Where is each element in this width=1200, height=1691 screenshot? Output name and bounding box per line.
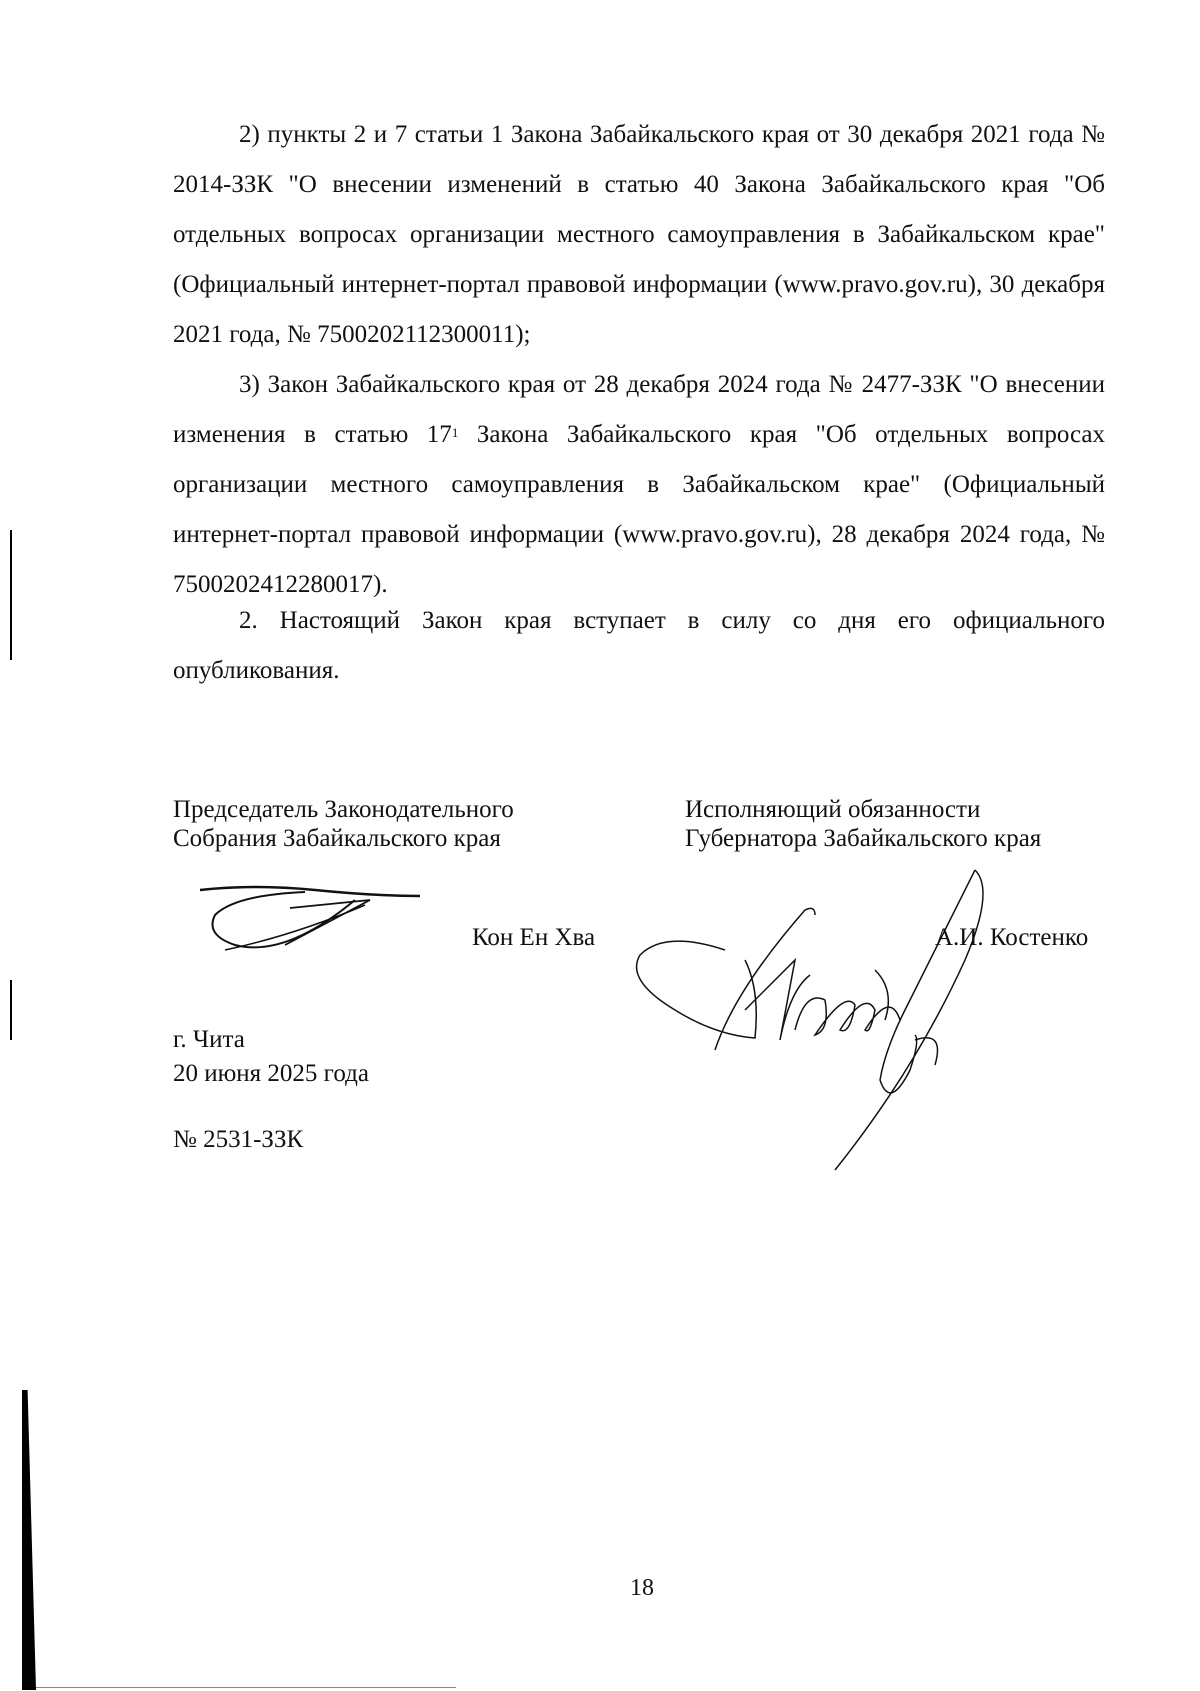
left-signatory-name: Кон Ен Хва — [472, 924, 595, 952]
right-title-line1: Исполняющий обязанности — [685, 795, 1041, 824]
article-2-text: 2. Настоящий Закон края вступает в силу … — [173, 607, 1105, 684]
scan-edge-mark — [10, 530, 12, 660]
scan-edge-mark — [10, 980, 12, 1040]
left-title-line1: Председатель Законодательного — [173, 795, 514, 824]
item-2-text: 2) пункты 2 и 7 статьи 1 Закона Забайкал… — [173, 121, 1105, 348]
signing-city: г. Чита — [173, 1023, 369, 1057]
right-signature-image — [615, 870, 1015, 1180]
left-signature-image — [195, 880, 425, 960]
right-signatory-title: Исполняющий обязанности Губернатора Заба… — [685, 795, 1041, 853]
signing-details: г. Чита 20 июня 2025 года — [173, 1023, 369, 1091]
signing-date: 20 июня 2025 года — [173, 1057, 369, 1091]
scan-edge-bottom — [36, 1687, 456, 1688]
superscript: 1 — [452, 425, 459, 440]
left-signatory-title: Председатель Законодательного Собрания З… — [173, 795, 514, 853]
page-number: 18 — [630, 1575, 654, 1602]
law-number: № 2531-ЗЗК — [173, 1125, 303, 1154]
left-title-line2: Собрания Забайкальского края — [173, 824, 514, 853]
item-3-paragraph: 3) Закон Забайкальского края от 28 декаб… — [173, 360, 1105, 610]
document-page: 2) пункты 2 и 7 статьи 1 Закона Забайкал… — [0, 0, 1200, 1691]
article-2-paragraph: 2. Настоящий Закон края вступает в силу … — [173, 596, 1105, 696]
scan-edge-bar — [22, 1390, 36, 1690]
item-2-paragraph: 2) пункты 2 и 7 статьи 1 Закона Забайкал… — [173, 110, 1105, 360]
right-title-line2: Губернатора Забайкальского края — [685, 824, 1041, 853]
right-signatory-name: А.И. Костенко — [935, 924, 1088, 952]
